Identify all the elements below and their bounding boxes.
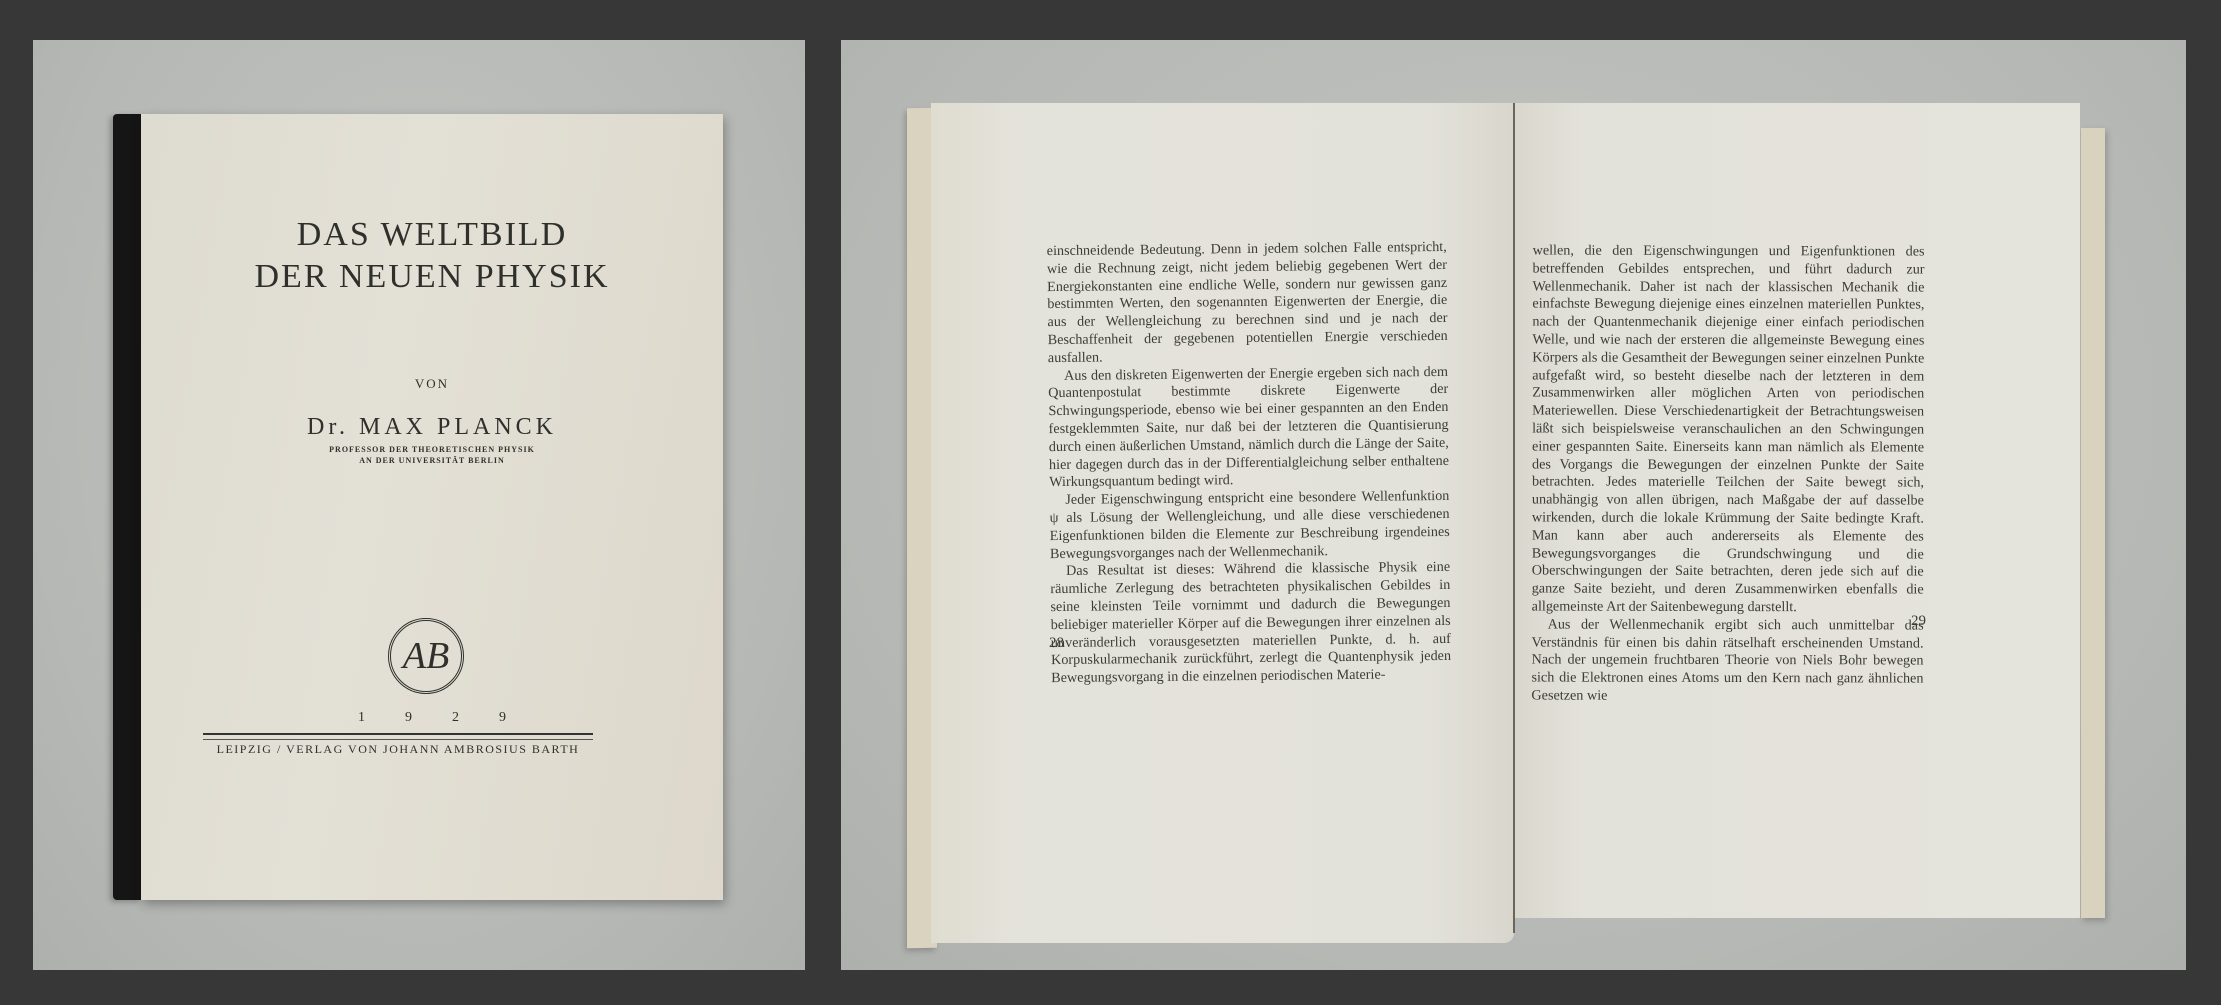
right-page-text: wellen, die den Eigenschwingungen und Ei… bbox=[1531, 242, 1924, 706]
paragraph: Das Resultat ist dieses: Während die kla… bbox=[1050, 559, 1451, 688]
page-number: 29 bbox=[1911, 613, 1926, 631]
publication-year: 1929 bbox=[141, 710, 723, 726]
title-line-1: DAS WELTBILD bbox=[141, 214, 723, 256]
right-page: wellen, die den Eigenschwingungen und Ei… bbox=[1514, 103, 2080, 918]
cover-photo-panel: DAS WELTBILD DER NEUEN PHYSIK VON Dr. MA… bbox=[33, 40, 805, 970]
page-block-edge-right bbox=[2081, 128, 2105, 918]
book-title: DAS WELTBILD DER NEUEN PHYSIK bbox=[141, 214, 723, 298]
paragraph: einschneidende Bedeutung. Denn in jedem … bbox=[1047, 239, 1448, 368]
page-number: 28 bbox=[1049, 635, 1064, 653]
publisher-line: LEIPZIG / VERLAG VON JOHANN AMBROSIUS BA… bbox=[203, 742, 593, 757]
paragraph: Aus den diskreten Eigenwerten der Energi… bbox=[1048, 363, 1449, 492]
title-line-2: DER NEUEN PHYSIK bbox=[141, 256, 723, 298]
book-spine bbox=[113, 114, 142, 900]
affiliation-line-1: PROFESSOR DER THEORETISCHEN PHYSIK bbox=[141, 444, 723, 455]
author-name: Dr. MAX PLANCK bbox=[141, 414, 723, 441]
left-page-text: einschneidende Bedeutung. Denn in jedem … bbox=[1047, 239, 1452, 688]
author-affiliation: PROFESSOR DER THEORETISCHEN PHYSIK AN DE… bbox=[141, 444, 723, 466]
open-book-photo-panel: einschneidende Bedeutung. Denn in jedem … bbox=[841, 40, 2186, 970]
publisher-monogram-icon: AB bbox=[388, 618, 464, 694]
paragraph: Aus der Wellenmechanik ergibt sich auch … bbox=[1531, 616, 1923, 706]
double-rule-divider bbox=[203, 733, 593, 740]
paragraph: Jeder Eigenschwingung entspricht eine be… bbox=[1049, 488, 1450, 563]
left-page: einschneidende Bedeutung. Denn in jedem … bbox=[931, 103, 1514, 943]
book-cover: DAS WELTBILD DER NEUEN PHYSIK VON Dr. MA… bbox=[141, 114, 723, 900]
by-label: VON bbox=[141, 376, 723, 392]
book-gutter bbox=[1513, 103, 1515, 933]
affiliation-line-2: AN DER UNIVERSITÄT BERLIN bbox=[141, 455, 723, 466]
paragraph: wellen, die den Eigenschwingungen und Ei… bbox=[1532, 242, 1925, 617]
